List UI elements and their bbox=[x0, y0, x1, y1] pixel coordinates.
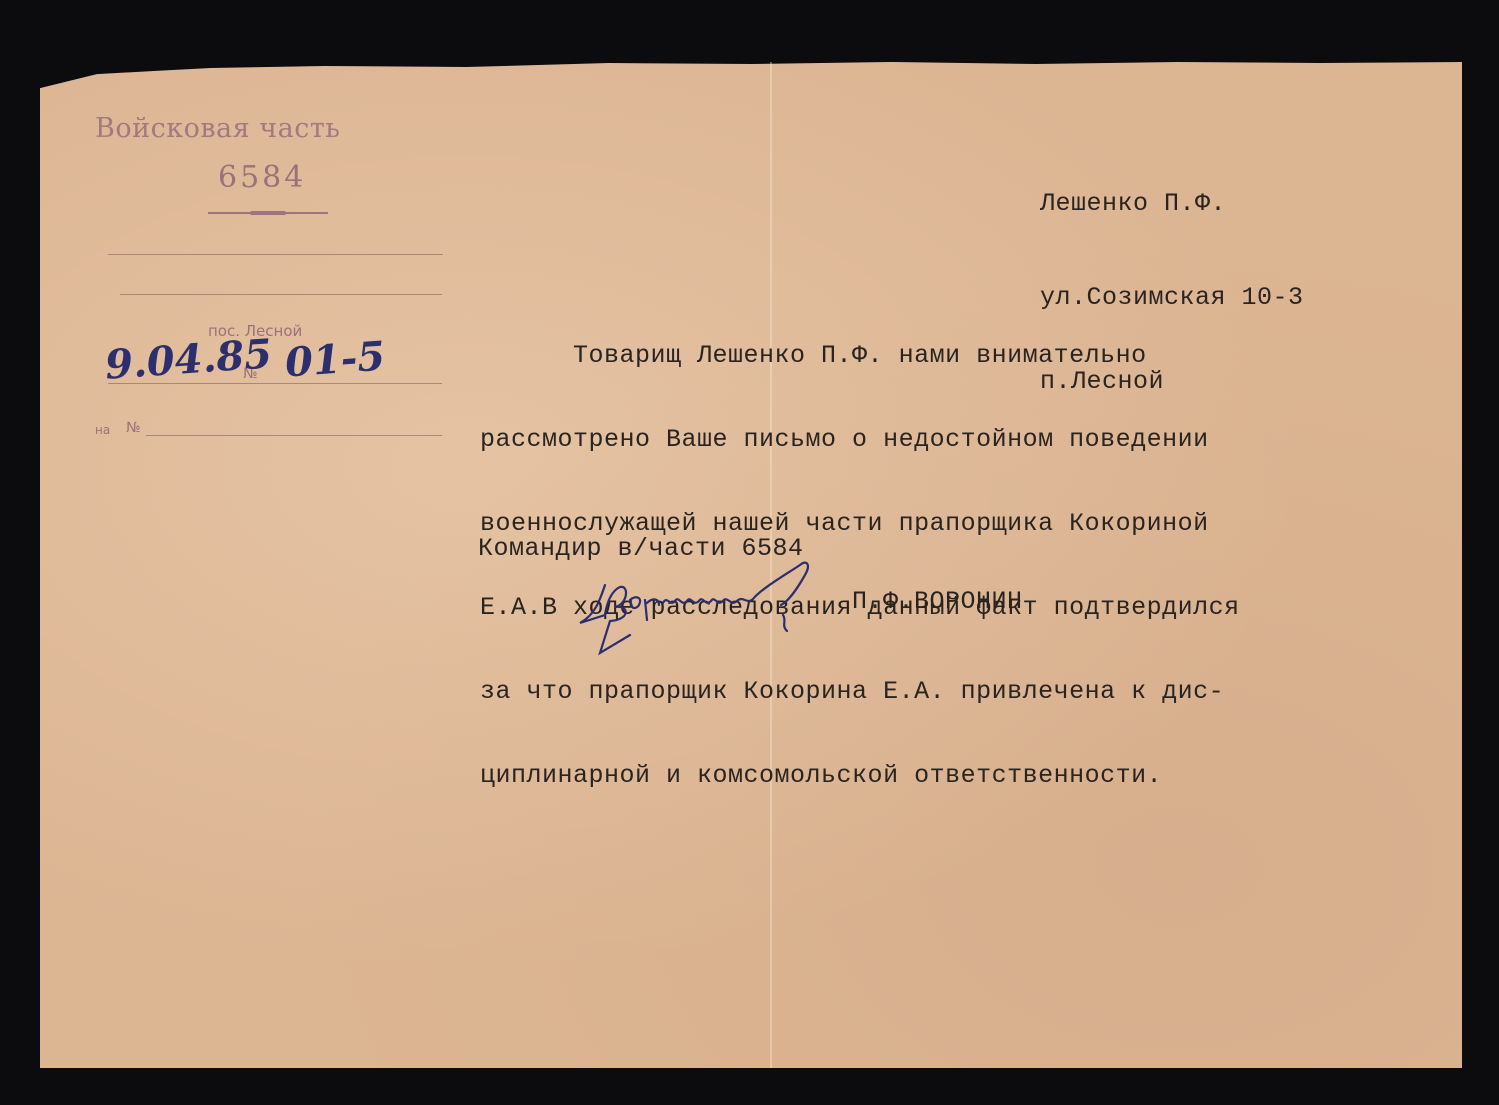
stamp-unit-title: Войсковая часть bbox=[95, 113, 340, 144]
handwritten-signature bbox=[575, 545, 835, 670]
reply-number-line bbox=[146, 435, 442, 436]
body-line: за что прапорщик Кокорина Е.А. привлечен… bbox=[480, 678, 1240, 706]
body-line: циплинарной и комсомольской ответственно… bbox=[480, 762, 1240, 790]
stamp-unit-number: 6584 bbox=[218, 160, 306, 195]
stamp-reply-number-sign: № bbox=[126, 420, 141, 436]
body-line: Товарищ Лешенко П.Ф. нами внимательно bbox=[480, 342, 1240, 370]
handwritten-reg-number: 01-5 bbox=[283, 333, 386, 387]
stamp-blank-line bbox=[108, 254, 443, 255]
stamp-divider bbox=[208, 212, 328, 214]
stamp-reply-prefix: на bbox=[95, 423, 110, 437]
body-line: рассмотрено Ваше письмо о недостойном по… bbox=[480, 426, 1240, 454]
signer-name: П.Ф.ВОРОНИН bbox=[852, 588, 1023, 616]
addressee-name: Лешенко П.Ф. bbox=[1040, 190, 1304, 218]
signature-icon bbox=[575, 545, 835, 665]
stamp-blank-line bbox=[120, 294, 442, 295]
